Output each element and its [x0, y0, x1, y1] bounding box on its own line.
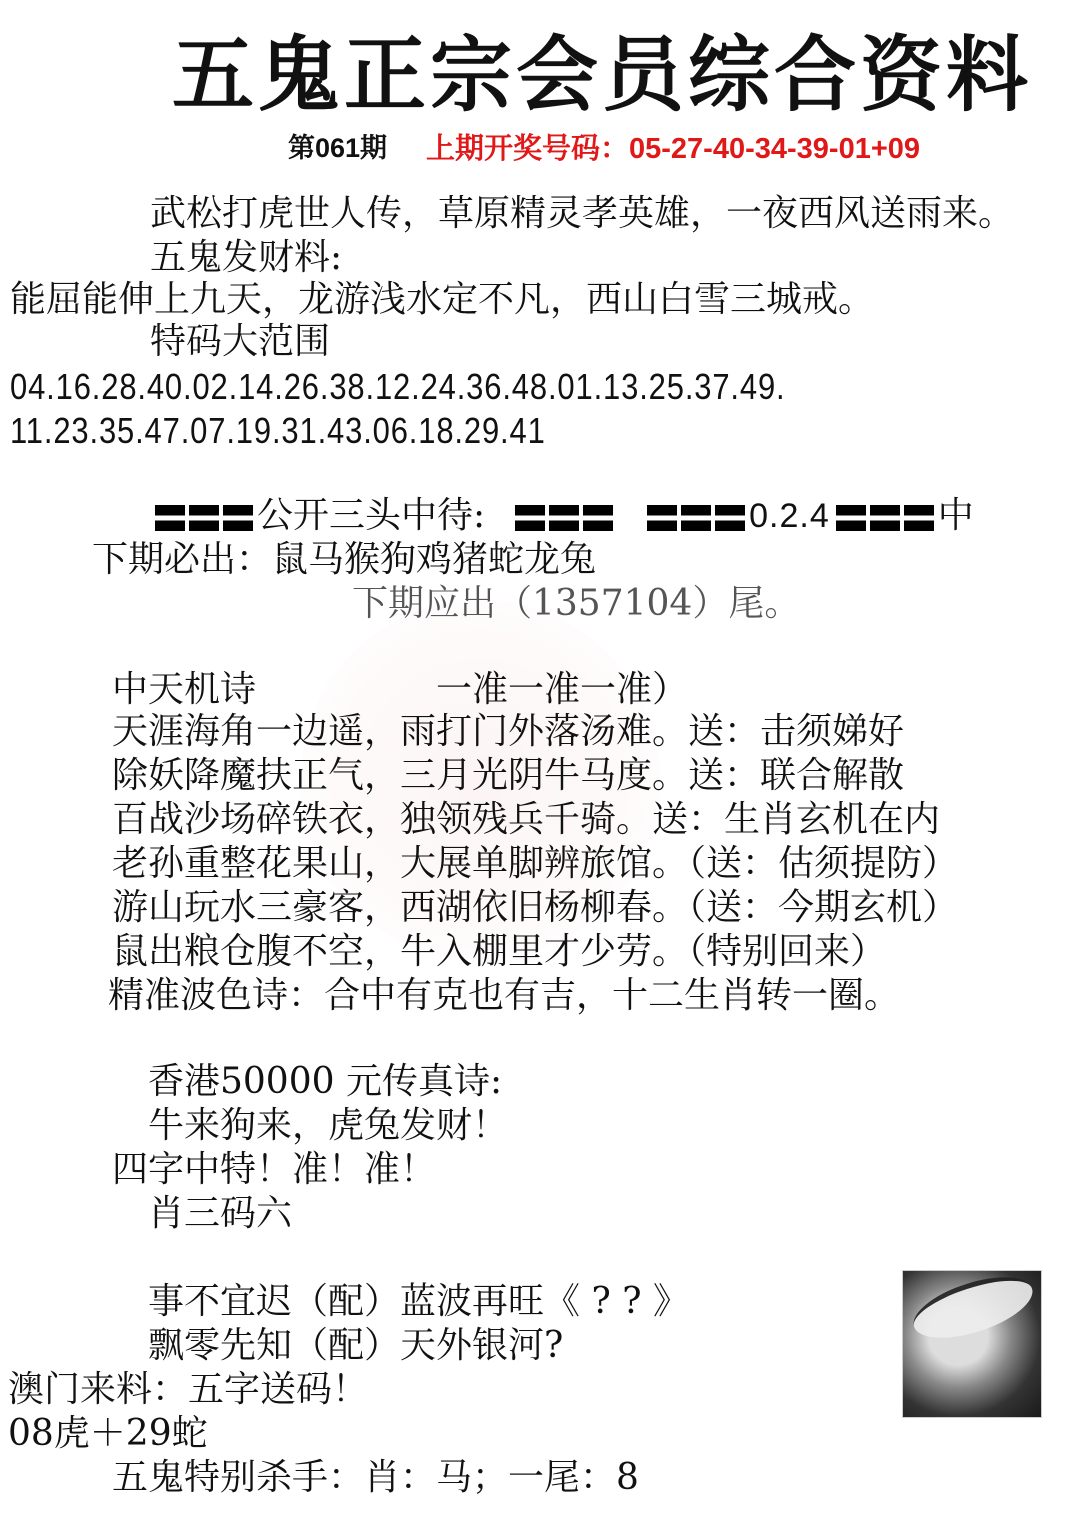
- range-label: 特码大范围: [150, 324, 330, 360]
- issue-number: 第061期: [288, 126, 387, 165]
- heaven-poem-subtitle: 一准一准一准）: [436, 672, 688, 708]
- pairing-line-1: 事不宜迟（配）蓝波再旺《 ? ? 》: [148, 1284, 689, 1320]
- poem-line: 游山玩水三豪客，西湖依旧杨柳春。（送：今期玄机）: [112, 890, 958, 926]
- poem-top: 武松打虎世人传，草原精灵孝英雄，一夜西风送雨来。: [150, 196, 1014, 232]
- poem-line: 除妖降魔扶正气，三月光阴牛马度。送：联合解散: [112, 758, 904, 794]
- three-heads-label: 公开三头中待:: [257, 498, 485, 534]
- fortune-label: 五鬼发财料:: [150, 240, 342, 276]
- pairing-line-2: 飘零先知（配）天外银河?: [148, 1328, 563, 1364]
- macau-value: 08虎＋29蛇: [8, 1416, 208, 1452]
- next-tail: 下期应出（1357104）尾。: [352, 586, 800, 622]
- page-title: 五鬼正宗会员综合资料: [172, 10, 1032, 127]
- hk-fax-line-2: 四字中特！准！准！: [112, 1152, 436, 1188]
- poem-line: 百战沙场碎铁衣，独领残兵千骑。送：生肖玄机在内: [112, 802, 940, 838]
- range-row-2: 11.23.35.47.07.19.31.43.06.18.29.41: [10, 410, 546, 452]
- hk-fax-title: 香港50000 元传真诗:: [148, 1064, 502, 1100]
- next-zodiac: 下期必出：鼠马猴狗鸡猪蛇龙兔: [92, 542, 596, 578]
- three-heads-value: 0.2.4: [749, 499, 830, 533]
- fortune-text: 能屈能伸上九天，龙游浅水定不凡，西山白雪三城戒。: [10, 282, 874, 318]
- hk-fax-line-1: 牛来狗来，虎兔发财！: [148, 1108, 508, 1144]
- redacted-blocks: [647, 498, 749, 534]
- killer-line: 五鬼特别杀手：肖：马；一尾：8: [112, 1460, 639, 1496]
- heaven-poem-title: 中天机诗: [112, 672, 256, 708]
- macau-label: 澳门来料：五字送码！: [8, 1372, 368, 1408]
- three-heads-suffix: 中: [938, 498, 974, 534]
- redacted-blocks: [155, 498, 257, 534]
- portrait-photo-icon: [902, 1270, 1042, 1418]
- poem-line: 老孙重整花果山，大展单脚辨旅馆。（送：估须提防）: [112, 846, 958, 882]
- range-row-1: 04.16.28.40.02.14.26.38.12.24.36.48.01.1…: [10, 366, 786, 408]
- poem-line: 精准波色诗：合中有克也有吉，十二生肖转一圈。: [108, 978, 900, 1014]
- redacted-blocks: [515, 498, 617, 534]
- hk-fax-line-3: 肖三码六: [148, 1196, 292, 1232]
- redacted-blocks: [836, 498, 938, 534]
- three-heads-row: 公开三头中待: 0.2.4 中: [155, 498, 974, 534]
- poem-line: 鼠出粮仓腹不空，牛入棚里才少劳。（特别回来）: [112, 934, 886, 970]
- poem-line: 天涯海角一边遥，雨打门外落汤难。送：击须娣好: [112, 714, 904, 750]
- last-draw-numbers: 上期开奖号码：05-27-40-34-39-01+09: [426, 126, 920, 167]
- hat-icon: [906, 1265, 1039, 1350]
